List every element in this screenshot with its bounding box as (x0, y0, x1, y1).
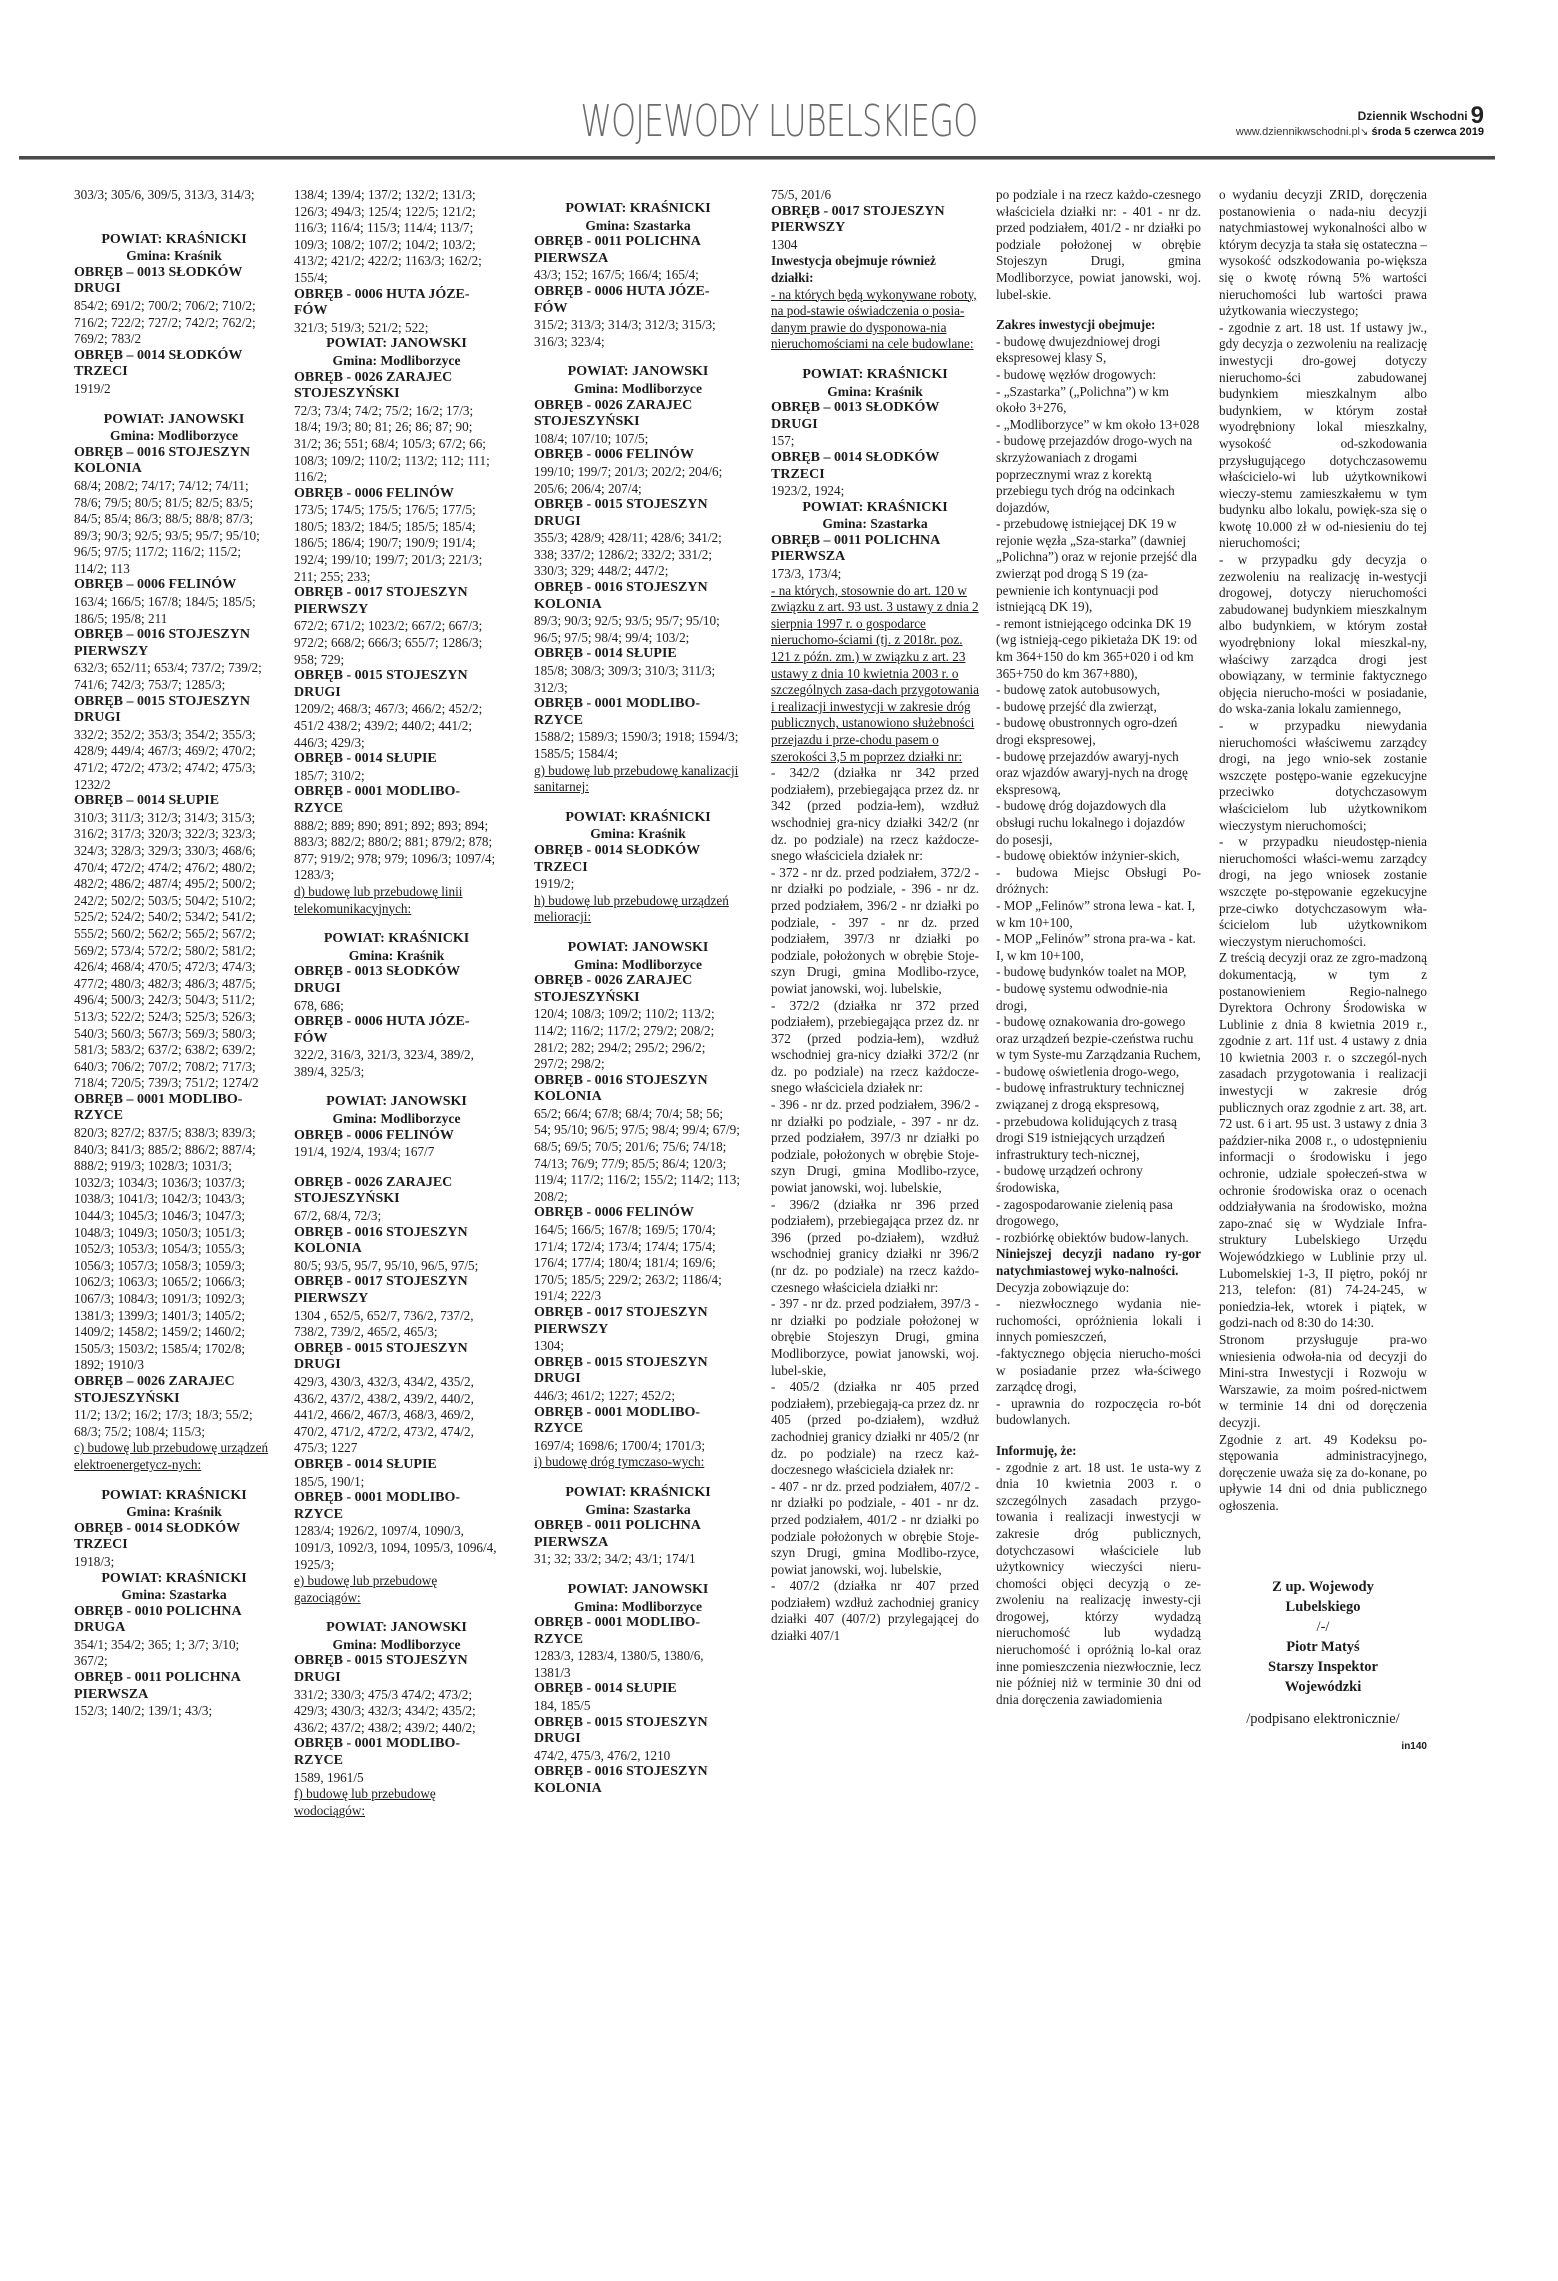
parcel-list: - budowę przejść dla zwierząt, (996, 699, 1201, 716)
parcel-list: 354/1; 354/2; 365; 1; 3/7; 3/10; 367/2; (74, 1637, 274, 1670)
obreb-heading: OBRĘB – 0014 SŁUPIE (74, 793, 274, 810)
body-paragraph: - 397 - nr dz. przed podziałem, 397/3 - … (771, 1296, 979, 1379)
parcel-list: 185/8; 308/3; 309/3; 310/3; 311/3; 312/3… (534, 663, 742, 696)
obreb-heading: OBRĘB - 0016 STOJESZYN KOLONIA (534, 580, 742, 613)
obreb-heading: OBRĘB - 0006 FELINÓW (534, 447, 742, 464)
body-paragraph: Stronom przysługuje pra-wo wniesienia od… (1219, 1332, 1427, 1432)
powiat-heading: POWIAT: KRAŚNICKI (74, 232, 274, 249)
parcel-list: - MOP „Felinów” strona pra-wa - kat. I, … (996, 931, 1201, 964)
obreb-heading: OBRĘB - 0016 STOJESZYN KOLONIA (534, 1764, 742, 1797)
parcel-list: - budowę przejazdów awaryj-nych oraz wja… (996, 749, 1201, 799)
parcel-list: 429/3, 430/3, 432/3, 434/2, 435/2, 436/2… (294, 1374, 499, 1457)
issue-date: środa 5 czerwca 2019 (1371, 126, 1484, 138)
body-paragraph: - 372/2 (działka nr 372 przed podziałem)… (771, 998, 979, 1098)
obreb-heading: OBRĘB - 0015 STOJESZYN DRUGI (534, 497, 742, 530)
body-paragraph: - w przypadku niewydania nieruchomości w… (1219, 718, 1427, 834)
gmina-heading: Gmina: Szastarka (74, 1587, 274, 1604)
obreb-heading: OBRĘB – 0006 FELINÓW (74, 577, 274, 594)
parcel-list: 89/3; 90/3; 92/5; 93/5; 95/7; 95/10; 96/… (534, 613, 742, 646)
obreb-heading: OBRĘB – 0016 STOJESZYN PIERWSZY (74, 627, 274, 660)
parcel-list: - przebudowa kolidujących z trasą drogi … (996, 1114, 1201, 1164)
obreb-heading: OBRĘB - 0013 SŁODKÓW DRUGI (294, 964, 499, 997)
parcel-list: 303/3; 305/6, 309/5, 313/3, 314/3; (74, 187, 274, 204)
obreb-heading: OBRĘB - 0001 MODLIBO-RZYCE (294, 1490, 499, 1523)
parcel-list: 1304 (771, 237, 979, 254)
parcel-list: - rozbiórkę obiektów budow-lanych. (996, 1230, 1201, 1247)
parcel-list: 1697/4; 1698/6; 1700/4; 1701/3; (534, 1438, 742, 1455)
body-paragraph: - 396/2 (działka nr 396 przed podziałem)… (771, 1197, 979, 1297)
obreb-heading: OBRĘB – 0015 STOJESZYN DRUGI (74, 694, 274, 727)
parcel-list: 1923/2, 1924; (771, 483, 979, 500)
section-item-heading: d) budowę lub przebudowę linii telekomun… (294, 884, 499, 917)
powiat-heading: POWIAT: KRAŚNICKI (534, 810, 742, 827)
obreb-heading: OBRĘB - 0006 HUTA JÓZE-FÓW (534, 284, 742, 317)
obreb-heading: OBRĘB – 0014 SŁODKÓW TRZECI (771, 450, 979, 483)
parcel-list: 331/2; 330/3; 475/3 474/2; 473/2; 429/3;… (294, 1687, 499, 1737)
parcel-list: 68/4; 208/2; 74/17; 74/12; 74/11; 78/6; … (74, 478, 274, 578)
cursor-icon: ↘ (1360, 127, 1368, 138)
page-header: WOJEWODY LUBELSKIEGO Dziennik Wschodni9 … (0, 0, 1558, 180)
parcel-list: Decyzja zobowiązuje do: (996, 1280, 1201, 1297)
parcel-list: - budowę zatok autobusowych, (996, 682, 1201, 699)
body-paragraph: - 372 - nr dz. przed podziałem, 372/2 - … (771, 865, 979, 998)
gmina-heading: Gmina: Kraśnik (534, 826, 742, 843)
parcel-list: 315/2; 313/3; 314/3; 312/3; 315/3; 316/3… (534, 317, 742, 350)
parcel-list: 632/3; 652/11; 653/4; 737/2; 739/2; 741/… (74, 660, 274, 693)
newspaper-brand: Dziennik Wschodni (1358, 109, 1468, 123)
obreb-heading: OBRĘB - 0016 STOJESZYN KOLONIA (534, 1073, 742, 1106)
parcel-list: - budowę oświetlenia drogo-wego, (996, 1064, 1201, 1081)
bold-heading: Informuję, że: (996, 1443, 1201, 1460)
parcel-list: 854/2; 691/2; 700/2; 706/2; 710/2; 716/2… (74, 298, 274, 348)
parcel-list: 108/4; 107/10; 107/5; (534, 431, 742, 448)
parcel-list: - budowę urządzeń ochrony środowiska, (996, 1163, 1201, 1196)
powiat-heading: POWIAT: KRAŚNICKI (294, 931, 499, 948)
spacer (996, 1429, 1201, 1443)
article-columns: 303/3; 305/6, 309/5, 313/3, 314/3;POWIAT… (74, 187, 1486, 2247)
bold-heading: Zakres inwestycji obejmuje: (996, 317, 1201, 334)
gmina-heading: Gmina: Kraśnik (771, 384, 979, 401)
signatory-name: Piotr Matyś (1219, 1637, 1427, 1657)
body-paragraph: - 405/2 (działka nr 405 przed podziałem)… (771, 1379, 979, 1479)
signatory-title-1: Starszy Inspektor (1219, 1657, 1427, 1677)
obreb-heading: OBRĘB – 0014 SŁODKÓW TRZECI (74, 348, 274, 381)
powiat-heading: POWIAT: JANOWSKI (534, 1582, 742, 1599)
signature-mark: /-/ (1219, 1617, 1427, 1637)
parcel-list: 191/4, 192/4, 193/4; 167/7 (294, 1144, 499, 1161)
obreb-heading: OBRĘB - 0014 SŁUPIE (294, 1457, 499, 1474)
obreb-heading: OBRĘB - 0001 MODLIBO-RZYCE (294, 784, 499, 817)
obreb-heading: OBRĘB - 0014 SŁODKÓW TRZECI (74, 1521, 274, 1554)
body-paragraph: - 342/2 (działka nr 342 przed podziałem)… (771, 765, 979, 865)
parcel-list: 310/3; 311/3; 312/3; 314/3; 315/3; 316/2… (74, 810, 274, 1092)
parcel-list: 75/5, 201/6 (771, 187, 979, 204)
body-paragraph: Zgodnie z art. 49 Kodeksu po-stępowania … (1219, 1432, 1427, 1515)
parcel-list: 1919/2 (74, 381, 274, 398)
parcel-list: 65/2; 66/4; 67/8; 68/4; 70/4; 58; 56; 54… (534, 1106, 742, 1206)
obreb-heading: OBRĘB - 0011 POLICHNA PIERWSZA (74, 1670, 274, 1703)
gmina-heading: Gmina: Kraśnik (294, 948, 499, 965)
parcel-list: - budowę systemu odwodnie-nia drogi, (996, 981, 1201, 1014)
obreb-heading: OBRĘB - 0006 FELINÓW (534, 1205, 742, 1222)
gmina-heading: Gmina: Modliborzyce (294, 353, 499, 370)
parcel-list: 1283/4; 1926/2, 1097/4, 1090/3, 1091/3, … (294, 1523, 499, 1573)
obreb-heading: OBRĘB - 0001 MODLIBO-RZYCE (294, 1736, 499, 1769)
parcel-list: 672/2; 671/2; 1023/2; 667/2; 667/3; 972/… (294, 618, 499, 668)
powiat-heading: POWIAT: JANOWSKI (294, 1620, 499, 1637)
obreb-heading: OBRĘB – 0016 STOJESZYN KOLONIA (74, 445, 274, 478)
parcel-list: - remont istniejącego odcinka DK 19 (wg … (996, 616, 1201, 682)
parcel-list: 1283/3, 1283/4, 1380/5, 1380/6, 1381/3 (534, 1648, 742, 1681)
parcel-list: - MOP „Felinów” strona lewa - kat. I, w … (996, 898, 1201, 931)
parcel-list: - budowę oznakowania dro-gowego oraz urz… (996, 1014, 1201, 1064)
obreb-heading: OBRĘB - 0014 SŁUPIE (534, 1681, 742, 1698)
powiat-heading: POWIAT: JANOWSKI (534, 940, 742, 957)
column-6: o wydaniu decyzji ZRID, doręczenia posta… (1219, 187, 1427, 1753)
parcel-list: 1304 , 652/5, 652/7, 736/2, 737/2, 738/2… (294, 1308, 499, 1341)
obreb-heading: OBRĘB - 0015 STOJESZYN DRUGI (534, 1715, 742, 1748)
obreb-heading: OBRĘB - 0017 STOJESZYN PIERWSZY (534, 1305, 742, 1338)
header-divider (19, 156, 1495, 160)
powiat-heading: POWIAT: KRAŚNICKI (534, 201, 742, 218)
section-item-heading: - na których będą wykonywane roboty, na … (771, 287, 979, 353)
body-paragraph: po podziale i na rzecz każdo-czesnego wł… (996, 187, 1201, 303)
body-paragraph: - 407/2 (działka nr 407 przed podziałem)… (771, 1578, 979, 1644)
obreb-heading: OBRĘB - 0016 STOJESZYN KOLONIA (294, 1225, 499, 1258)
parcel-list: 322/2, 316/3, 321/3, 323/4, 389/2, 389/4… (294, 1047, 499, 1080)
obreb-heading: OBRĘB – 0013 SŁODKÓW DRUGI (74, 265, 274, 298)
parcel-list: 152/3; 140/2; 139/1; 43/3; (74, 1703, 274, 1720)
gmina-heading: Gmina: Szastarka (534, 1502, 742, 1519)
signature-line-1: Z up. Wojewody (1219, 1577, 1427, 1597)
parcel-list: 11/2; 13/2; 16/2; 17/3; 18/3; 55/2; 68/3… (74, 1407, 274, 1440)
obreb-heading: OBRĘB - 0001 MODLIBO-RZYCE (534, 1405, 742, 1438)
parcel-list: 157; (771, 433, 979, 450)
obreb-heading: OBRĘB - 0001 MODLIBO-RZYCE (534, 696, 742, 729)
obreb-heading: OBRĘB - 0026 ZARAJEC STOJESZYŃSKI (534, 973, 742, 1006)
gmina-heading: Gmina: Kraśnik (74, 1504, 274, 1521)
parcel-list: 1918/3; (74, 1554, 274, 1571)
parcel-list: 820/3; 827/2; 837/5; 838/3; 839/3; 840/3… (74, 1125, 274, 1374)
parcel-list: 173/5; 174/5; 175/5; 176/5; 177/5; 180/5… (294, 502, 499, 585)
masthead: Dziennik Wschodni9 www.dziennikwschodni.… (1236, 106, 1484, 138)
parcel-list: 678, 686; (294, 998, 499, 1015)
obreb-heading: OBRĘB - 0006 HUTA JÓZE-FÓW (294, 287, 499, 320)
column-4: 75/5, 201/6OBRĘB - 0017 STOJESZYN PIERWS… (771, 187, 979, 1645)
obreb-heading: OBRĘB - 0026 ZARAJEC STOJESZYŃSKI (294, 1175, 499, 1208)
parcel-list: - „Modliborzyce” w km około 13+028 (996, 417, 1201, 434)
parcel-list: 199/10; 199/7; 201/3; 202/2; 204/6; 205/… (534, 464, 742, 497)
parcel-list: 332/2; 352/2; 353/3; 354/2; 355/3; 428/9… (74, 727, 274, 793)
obreb-heading: OBRĘB - 0017 STOJESZYN PIERWSZY (294, 585, 499, 618)
obreb-heading: OBRĘB - 0006 HUTA JÓZE-FÓW (294, 1014, 499, 1047)
section-item-heading: e) budowę lub przebudowę gazociągów: (294, 1573, 499, 1606)
parcel-list: 1588/2; 1589/3; 1590/3; 1918; 1594/3; 15… (534, 729, 742, 762)
parcel-list: 888/2; 889; 890; 891; 892; 893; 894; 883… (294, 818, 499, 884)
section-item-heading: c) budowę lub przebudowę urządzeń elektr… (74, 1440, 274, 1473)
obreb-heading: OBRĘB - 0015 STOJESZYN DRUGI (294, 668, 499, 701)
obreb-heading: OBRĘB - 0006 FELINÓW (294, 1128, 499, 1145)
signature-block: Z up. Wojewody Lubelskiego /-/ Piotr Mat… (1219, 1577, 1427, 1753)
obreb-heading: OBRĘB - 0017 STOJESZYN PIERWSZY (294, 1274, 499, 1307)
section-item-heading: f) budowę lub przebudowę wodociągów: (294, 1786, 499, 1819)
column-6-body: o wydaniu decyzji ZRID, doręczenia posta… (1219, 187, 1427, 1515)
gmina-heading: Gmina: Modliborzyce (294, 1637, 499, 1654)
bold-paragraph: Niniejszej decyzji nadano ry-gor natychm… (996, 1246, 1201, 1279)
parcel-list: - przebudowę istniejącej DK 19 w rejonie… (996, 516, 1201, 616)
section-item-heading: g) budowę lub przebudowę kanalizacji san… (534, 763, 742, 796)
body-paragraph: - w przypadku nieudostęp-nienia nierucho… (1219, 834, 1427, 950)
parcel-list: 446/3; 461/2; 1227; 452/2; (534, 1388, 742, 1405)
parcel-list: 184, 185/5 (534, 1698, 742, 1715)
parcel-list: 1919/2; (534, 876, 742, 893)
parcel-list: 164/5; 166/5; 167/8; 169/5; 170/4; 171/4… (534, 1222, 742, 1305)
parcel-list: 43/3; 152; 167/5; 166/4; 165/4; (534, 267, 742, 284)
column-2: 138/4; 139/4; 137/2; 132/2; 131/3; 126/3… (294, 187, 499, 1819)
obreb-heading: OBRĘB - 0011 POLICHNA PIERWSZA (534, 1518, 742, 1551)
parcel-list: 138/4; 139/4; 137/2; 132/2; 131/3; 126/3… (294, 187, 499, 287)
body-paragraph: - 396 - nr dz. przed podziałem, 396/2 - … (771, 1097, 979, 1197)
obreb-heading: OBRĘB - 0001 MODLIBO-RZYCE (534, 1615, 742, 1648)
parcel-list: 67/2, 68/4, 72/3; (294, 1208, 499, 1225)
obreb-heading: OBRĘB - 0010 POLICHNA DRUGA (74, 1604, 274, 1637)
column-5: po podziale i na rzecz każdo-czesnego wł… (996, 187, 1201, 1708)
gmina-heading: Gmina: Modliborzyce (74, 428, 274, 445)
obreb-heading: OBRĘB – 0011 POLICHNA PIERWSZA (771, 533, 979, 566)
parcel-list: 163/4; 166/5; 167/8; 184/5; 185/5; 186/5… (74, 594, 274, 627)
parcel-list: 1589, 1961/5 (294, 1770, 499, 1787)
obreb-heading: OBRĘB – 0026 ZARAJEC STOJESZYŃSKI (74, 1374, 274, 1407)
powiat-heading: POWIAT: KRAŚNICKI (74, 1571, 274, 1588)
gmina-heading: Gmina: Modliborzyce (534, 957, 742, 974)
powiat-heading: POWIAT: JANOWSKI (294, 336, 499, 353)
section-item-heading: i) budowę dróg tymczaso-wych: (534, 1454, 742, 1471)
bold-heading: Inwestycja obejmuje również działki: (771, 253, 979, 286)
gmina-heading: Gmina: Szastarka (534, 218, 742, 235)
parcel-list: 321/3; 519/3; 521/2; 522; (294, 320, 499, 337)
ad-code: in140 (1401, 1739, 1427, 1756)
parcel-list: 120/4; 108/3; 109/2; 110/2; 113/2; 114/2… (534, 1006, 742, 1072)
obreb-heading: OBRĘB - 0014 SŁUPIE (534, 646, 742, 663)
spacer (996, 303, 1201, 317)
section-item-heading: h) budowę lub przebudowę urządzeń melior… (534, 893, 742, 926)
website-link[interactable]: www.dziennikwschodni.pl (1236, 126, 1360, 138)
body-paragraph: - w przypadku gdy decyzja o zezwoleniu n… (1219, 552, 1427, 718)
page-number: 9 (1471, 102, 1484, 129)
parcel-list: - budowę infrastruktury technicznej zwią… (996, 1080, 1201, 1113)
parcel-list: 72/3; 73/4; 74/2; 75/2; 16/2; 17/3; 18/4… (294, 403, 499, 486)
body-paragraph: - niezwłocznego wydania nie-ruchomości, … (996, 1296, 1201, 1346)
parcel-list: - „Szastarka” („Polichna”) w km około 3+… (996, 384, 1201, 417)
parcel-list: 355/3; 428/9; 428/11; 428/6; 341/2; 338;… (534, 530, 742, 580)
parcel-list: - budowę budynków toalet na MOP, (996, 964, 1201, 981)
column-1: 303/3; 305/6, 309/5, 313/3, 314/3;POWIAT… (74, 187, 274, 1720)
gmina-heading: Gmina: Modliborzyce (534, 1599, 742, 1616)
parcel-list: - budowę dwujezdniowej drogi ekspresowej… (996, 334, 1201, 367)
body-paragraph: o wydaniu decyzji ZRID, doręczenia posta… (1219, 187, 1427, 320)
gmina-heading: Gmina: Kraśnik (74, 248, 274, 265)
parcel-list: 1209/2; 468/3; 467/3; 466/2; 452/2; 451/… (294, 701, 499, 751)
parcel-list: - budowę dróg dojazdowych dla obsługi ru… (996, 798, 1201, 848)
body-paragraph: - zgodnie z art. 18 ust. 1e usta-wy z dn… (996, 1460, 1201, 1709)
powiat-heading: POWIAT: JANOWSKI (534, 364, 742, 381)
obreb-heading: OBRĘB - 0015 STOJESZYN DRUGI (294, 1653, 499, 1686)
electronic-signature-note: /podpisano elektronicznie/ (1219, 1709, 1427, 1729)
parcel-list: - budowę obustronnych ogro-dzeń drogi ek… (996, 715, 1201, 748)
powiat-heading: POWIAT: KRAŚNICKI (534, 1485, 742, 1502)
powiat-heading: POWIAT: KRAŚNICKI (771, 500, 979, 517)
spacer (294, 1161, 499, 1175)
obreb-heading: OBRĘB - 0014 SŁUPIE (294, 751, 499, 768)
obreb-heading: OBRĘB - 0026 ZARAJEC STOJESZYŃSKI (534, 398, 742, 431)
obreb-heading: OBRĘB – 0013 SŁODKÓW DRUGI (771, 400, 979, 433)
body-paragraph: -faktycznego objęcia nierucho-mości w po… (996, 1346, 1201, 1396)
parcel-list: - budowę węzłów drogowych: (996, 367, 1201, 384)
obreb-heading: OBRĘB - 0011 POLICHNA PIERWSZA (534, 234, 742, 267)
body-paragraph: Z treścią decyzji oraz ze zgro-madzoną d… (1219, 950, 1427, 1332)
gmina-heading: Gmina: Modliborzyce (294, 1111, 499, 1128)
section-item-heading: - na których, stosownie do art. 120 w zw… (771, 583, 979, 766)
parcel-list: 1304; (534, 1338, 742, 1355)
spacer (74, 204, 274, 218)
obreb-heading: OBRĘB - 0026 ZARAJEC STOJESZYŃSKI (294, 370, 499, 403)
obreb-heading: OBRĘB - 0017 STOJESZYN PIERWSZY (771, 204, 979, 237)
powiat-heading: POWIAT: JANOWSKI (74, 412, 274, 429)
parcel-list: 173/3, 173/4; (771, 566, 979, 583)
signature-line-2: Lubelskiego (1219, 1597, 1427, 1617)
parcel-list: - zagospodarowanie zielenią pasa drogowe… (996, 1197, 1201, 1230)
parcel-list: 185/7; 310/2; (294, 768, 499, 785)
body-paragraph: - uprawnia do rozpoczęcia ro-bót budowla… (996, 1396, 1201, 1429)
parcel-list: 31; 32; 33/2; 34/2; 43/1; 174/1 (534, 1551, 742, 1568)
obreb-heading: OBRĘB - 0014 SŁODKÓW TRZECI (534, 843, 742, 876)
parcel-list: 80/5; 93/5, 95/7, 95/10, 96/5, 97/5; (294, 1258, 499, 1275)
parcel-list: - budowę przejazdów drogo-wych na skrzyż… (996, 433, 1201, 516)
gmina-heading: Gmina: Szastarka (771, 516, 979, 533)
signatory-title-2: Wojewódzki (1219, 1677, 1427, 1697)
powiat-heading: POWIAT: KRAŚNICKI (771, 367, 979, 384)
gmina-heading: Gmina: Modliborzyce (534, 381, 742, 398)
obreb-heading: OBRĘB – 0001 MODLIBO-RZYCE (74, 1092, 274, 1125)
section-title: WOJEWODY LUBELSKIEGO (218, 98, 1340, 146)
column-3: POWIAT: KRAŚNICKIGmina: SzastarkaOBRĘB -… (534, 187, 742, 1798)
powiat-heading: POWIAT: KRAŚNICKI (74, 1488, 274, 1505)
parcel-list: 185/5, 190/1; (294, 1474, 499, 1491)
obreb-heading: OBRĘB - 0015 STOJESZYN DRUGI (294, 1341, 499, 1374)
body-paragraph: - budowa Miejsc Obsługi Po-dróżnych: (996, 865, 1201, 898)
parcel-list: 474/2, 475/3, 476/2, 1210 (534, 1748, 742, 1765)
obreb-heading: OBRĘB - 0006 FELINÓW (294, 486, 499, 503)
parcel-list: - budowę obiektów inżynier-skich, (996, 848, 1201, 865)
body-paragraph: - 407 - nr dz. przed podziałem, 407/2 - … (771, 1479, 979, 1579)
body-paragraph: - zgodnie z art. 18 ust. 1f ustawy jw., … (1219, 320, 1427, 552)
obreb-heading: OBRĘB - 0015 STOJESZYN DRUGI (534, 1355, 742, 1388)
powiat-heading: POWIAT: JANOWSKI (294, 1094, 499, 1111)
